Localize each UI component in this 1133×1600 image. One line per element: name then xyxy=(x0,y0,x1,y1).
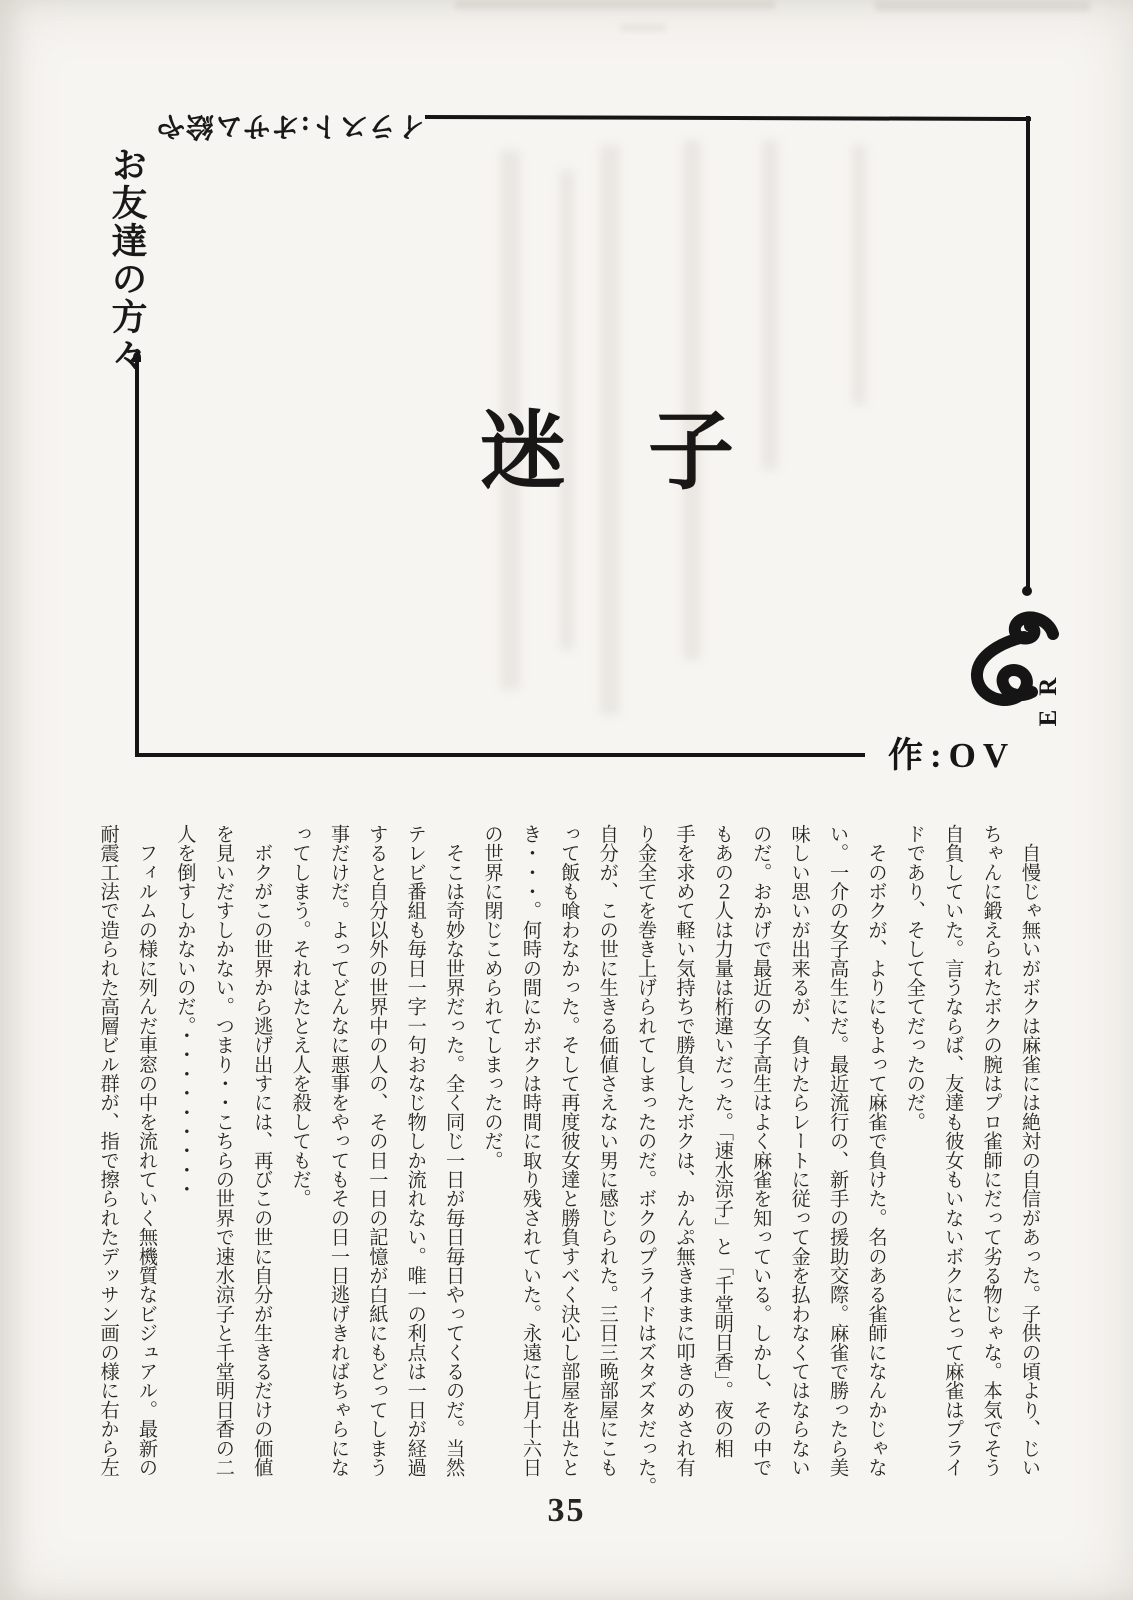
story-column: テレビ番組も毎日一字一句おなじ物しか流れない。唯一の利点は一日が経過 xyxy=(395,824,433,1514)
scan-smudge xyxy=(620,24,666,31)
story-column: ちゃんに鍛えられたボクの腕はプロ雀師にだって劣る物じゃな。本気でそう xyxy=(971,824,1009,1514)
title-frame-right-line xyxy=(1026,116,1030,590)
story-title: 迷子 xyxy=(480,382,816,506)
story-column: り金全てを巻き上げられてしまったのだ。ボクのプライドはズタズタだった。 xyxy=(626,824,664,1514)
story-column: のだ。おかげで最近の女子高生はよく麻雀を知っている。しかし、その中で xyxy=(741,824,779,1514)
author-name-rotated: ER xyxy=(1035,655,1061,735)
story-column: すると自分以外の世界中の人の、その日一日の記憶が白紙にもどってしまう xyxy=(357,824,395,1514)
page-number: 35 xyxy=(0,1492,1133,1530)
story-column: の世界に閉じこめられてしまったのだ。 xyxy=(472,824,510,1514)
story-column: 耐震工法で造られた高層ビル群が、指で擦られたデッサン画の様に右から左 xyxy=(88,824,126,1514)
story-column: ってしまう。それはたとえ人を殺してもだ。 xyxy=(280,824,318,1514)
story-column: そのボクが、よりにもよって麻雀で負けた。名のある雀師になんかじゃな xyxy=(856,824,894,1514)
story-column: 人を倒すしかないのだ。・・・・・・・・・ xyxy=(165,824,203,1514)
title-frame-top-line xyxy=(425,115,1031,121)
story-column: き・・・。何時の間にかボクは時間に取り残されていた。永遠に七月十六日 xyxy=(511,824,549,1514)
story-column: そこは奇妙な世界だった。全く同じ一日が毎日毎日やってくるのだ。当然 xyxy=(434,824,472,1514)
title-frame-bottom-line xyxy=(135,753,865,757)
story-text: 自慢じゃ無いがボクは麻雀には絶対の自信があった。子供の頃より、じいちゃんに鍛えら… xyxy=(86,824,1048,1514)
story-column: ドであり、そして全てだったのだ。 xyxy=(894,824,932,1514)
story-column: 味しい思いが出来るが、負けたらレートに従って金を払わなくてはならない xyxy=(779,824,817,1514)
handwritten-note-horizontal: イラスト:オサム絵や xyxy=(133,90,425,148)
scanned-doujinshi-page: イラスト:オサム絵や お友達の方々 迷子 ER 作:OV 自慢じゃ無いがボクは麻… xyxy=(0,0,1133,1600)
story-column: 手を求めて軽い気持ちで勝負したボクは、かんぷ無きままに叩きのめされ有 xyxy=(664,824,702,1514)
scan-smudge xyxy=(875,0,1090,11)
story-column: って飯も喰わなかった。そして再度彼女達と勝負すべく決心し部屋を出たと xyxy=(549,824,587,1514)
story-column: 事だけだ。よってどんなに悪事をやってもその日一日逃げきればちゃらにな xyxy=(319,824,357,1514)
title-frame-left-line xyxy=(135,358,139,756)
handwritten-note-vertical: お友達の方々 xyxy=(102,146,153,396)
story-column: を見いだすしかない。つまり・・こちらの世界で速水涼子と千堂明日香の二 xyxy=(203,824,241,1514)
story-column: 自慢じゃ無いがボクは麻雀には絶対の自信があった。子供の頃より、じい xyxy=(1010,824,1048,1514)
title-frame-end-dot xyxy=(1022,586,1032,596)
story-column: ボクがこの世界から逃げ出すには、再びこの世に自分が生きるだけの価値 xyxy=(242,824,280,1514)
story-column: 自分が、この世に生きる価値さえない男に感じられた。三日三晩部屋にこも xyxy=(587,824,625,1514)
scan-smudge xyxy=(455,0,775,9)
ink-bleedthrough xyxy=(852,145,866,405)
story-column: い。一介の女子高生にだ。最近流行の、新手の援助交際。麻雀で勝ったら美 xyxy=(818,824,856,1514)
story-column: もあの２人は力量は桁違いだった。「速水涼子」と「千堂明日香」。夜の相 xyxy=(702,824,740,1514)
credit-line: 作:OV xyxy=(888,728,1015,778)
story-column: フィルムの様に列んだ車窓の中を流れていく無機質なビジュアル。最新の xyxy=(127,824,165,1514)
story-column: 自負していた。言うならば、友達も彼女もいないボクにとって麻雀はプライ xyxy=(933,824,971,1514)
